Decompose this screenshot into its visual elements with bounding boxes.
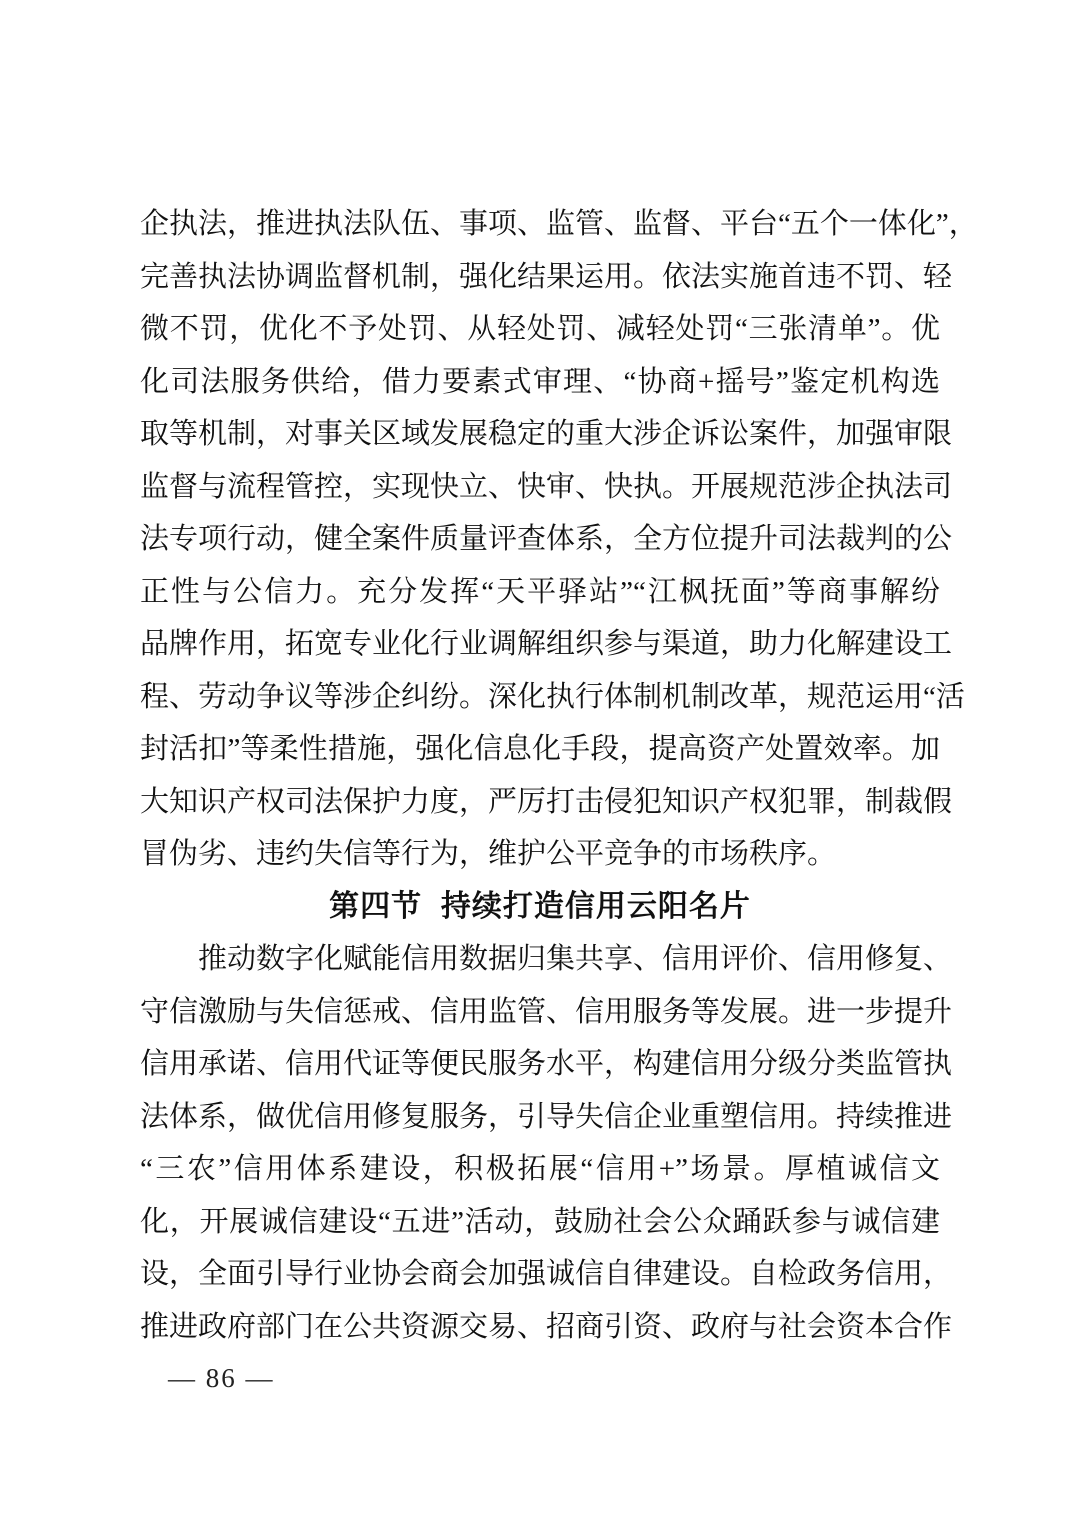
body-line: 推进政府部门在公共资源交易、招商引资、政府与社会资本合作 <box>140 1301 940 1354</box>
body-line: 完善执法协调监督机制，强化结果运用。依法实施首违不罚、轻 <box>140 251 940 304</box>
body-line: 程、劳动争议等涉企纠纷。深化执行体制机制改革，规范运用“活 <box>140 671 940 724</box>
body-line: 设，全面引导行业协会商会加强诚信自律建设。自检政务信用， <box>140 1248 940 1301</box>
body-line: 正性与公信力。充分发挥“天平驿站”“江枫抚面”等商事解纷 <box>140 566 940 619</box>
body-line: 取等机制，对事关区域发展稳定的重大涉企诉讼案件，加强审限 <box>140 408 940 461</box>
body-line: 推动数字化赋能信用数据归集共享、信用评价、信用修复、 <box>140 933 940 986</box>
body-line: 冒伪劣、违约失信等行为，维护公平竞争的市场秩序。 <box>140 828 940 881</box>
body-line: “三农”信用体系建设，积极拓展“信用+”场景。厚植诚信文 <box>140 1143 940 1196</box>
body-line: 品牌作用，拓宽专业化行业调解组织参与渠道，助力化解建设工 <box>140 618 940 671</box>
body-line: 化，开展诚信建设“五进”活动，鼓励社会公众踊跃参与诚信建 <box>140 1196 940 1249</box>
body-line: 微不罚，优化不予处罚、从轻处罚、减轻处罚“三张清单”。优 <box>140 303 940 356</box>
document-page: 企执法，推进执法队伍、事项、监管、监督、平台“五个一体化”， 完善执法协调监督机… <box>0 0 1074 1520</box>
body-line: 法专项行动，健全案件质量评查体系，全方位提升司法裁判的公 <box>140 513 940 566</box>
page-number: — 86 — <box>168 1352 275 1405</box>
body-line: 大知识产权司法保护力度，严厉打击侵犯知识产权犯罪，制裁假 <box>140 776 940 829</box>
text-block: 企执法，推进执法队伍、事项、监管、监督、平台“五个一体化”， 完善执法协调监督机… <box>140 198 940 1353</box>
body-line: 守信激励与失信惩戒、信用监管、信用服务等发展。进一步提升 <box>140 986 940 1039</box>
paragraph-credit-yunyang: 推动数字化赋能信用数据归集共享、信用评价、信用修复、 守信激励与失信惩戒、信用监… <box>140 933 940 1353</box>
body-line: 企执法，推进执法队伍、事项、监管、监督、平台“五个一体化”， <box>140 198 940 251</box>
body-line: 化司法服务供给，借力要素式审理、“协商+摇号”鉴定机构选 <box>140 356 940 409</box>
body-line: 法体系，做优信用修复服务，引导失信企业重塑信用。持续推进 <box>140 1091 940 1144</box>
body-line: 监督与流程管控，实现快立、快审、快执。开展规范涉企执法司 <box>140 461 940 514</box>
paragraph-continued: 企执法，推进执法队伍、事项、监管、监督、平台“五个一体化”， 完善执法协调监督机… <box>140 198 940 881</box>
section-heading: 第四节 持续打造信用云阳名片 <box>140 881 940 934</box>
body-line: 封活扣”等柔性措施，强化信息化手段，提高资产处置效率。加 <box>140 723 940 776</box>
body-line: 信用承诺、信用代证等便民服务水平，构建信用分级分类监管执 <box>140 1038 940 1091</box>
